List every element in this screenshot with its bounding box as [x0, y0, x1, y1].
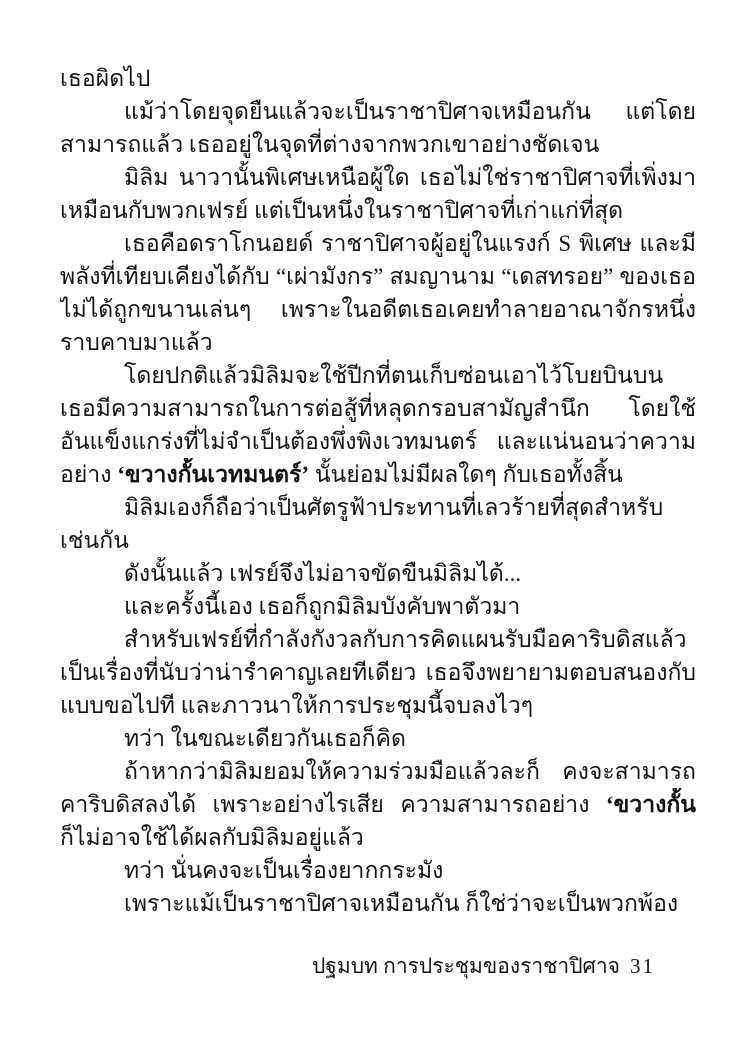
- text-segment: ทว่า ในขณะเดียวกันเธอก็คิด: [124, 726, 406, 751]
- text-line: อันแข็งแกร่งที่ไม่จำเป็นต้องพึ่งพิงเวทมน…: [60, 425, 696, 458]
- text-line: สำหรับเฟรย์ที่กำลังกังวลกับการคิดแผนรับม…: [60, 623, 696, 656]
- text-line: ก็ไม่อาจใช้ได้ผลกับมิลิมอยู่แล้ว: [60, 821, 696, 854]
- text-line: เธอคือดราโกนอยด์ ราชาปิศาจผู้อยู่ในแรงก์…: [60, 227, 696, 260]
- text-segment: มิลิม นาวานั้นพิเศษเหนือผู้ใด เธอไม่ใช่ร…: [124, 165, 696, 194]
- text-line: ดังนั้นแล้ว เฟรย์จึงไม่อาจขัดขืนมิลิมได้…: [60, 557, 696, 590]
- text-line: สามารถแล้ว เธออยู่ในจุดที่ต่างจากพวกเขาอ…: [60, 128, 696, 161]
- text-segment: ถ้าหากว่ามิลิมยอมให้ความร่วมมือแล้วละก็ …: [124, 759, 696, 788]
- text-segment: ราบคาบมาแล้ว: [60, 330, 213, 355]
- text-line: มิลิมเองก็ถือว่าเป็นศัตรูฟ้าประทานที่เลว…: [60, 491, 696, 524]
- text-segment: เป็นเรื่องที่นับว่าน่ารำคาญเลยทีเดียว เธ…: [60, 660, 696, 689]
- text-line: เป็นเรื่องที่นับว่าน่ารำคาญเลยทีเดียว เธ…: [60, 656, 696, 689]
- text-line: ราบคาบมาแล้ว: [60, 326, 696, 359]
- text-line: เช่นกัน: [60, 524, 696, 557]
- emphasized-skill-name: ‘ขวางกั้นเวทมนตร์’: [117, 462, 309, 487]
- text-line: ทว่า ในขณะเดียวกันเธอก็คิด: [60, 722, 696, 755]
- text-segment: ไม่ได้ถูกขนานเล่นๆ เพราะในอดีตเธอเคยทำลา…: [60, 297, 696, 326]
- text-segment: อย่าง: [60, 462, 117, 487]
- text-segment: และครั้งนี้เอง เธอก็ถูกมิลิมบังคับพาตัวม…: [124, 594, 520, 619]
- text-line: ไม่ได้ถูกขนานเล่นๆ เพราะในอดีตเธอเคยทำลา…: [60, 293, 696, 326]
- text-line: คาริบดิสลงได้ เพราะอย่างไรเสีย ความสามาร…: [60, 788, 696, 821]
- text-segment: เธอผิดไป: [60, 66, 150, 91]
- text-line: เธอมีความสามารถในการต่อสู้ที่หลุดกรอบสาม…: [60, 392, 696, 425]
- text-line: แบบขอไปที และภาวนาให้การประชุมนี้จบลงไวๆ: [60, 689, 696, 722]
- text-segment: แม้ว่าโดยจุดยืนแล้วจะเป็นราชาปิศาจเหมือน…: [124, 99, 696, 128]
- text-segment: เธอมีความสามารถในการต่อสู้ที่หลุดกรอบสาม…: [60, 396, 696, 425]
- text-line: แม้ว่าโดยจุดยืนแล้วจะเป็นราชาปิศาจเหมือน…: [60, 95, 696, 128]
- text-segment: มิลิมเองก็ถือว่าเป็นศัตรูฟ้าประทานที่เลว…: [124, 495, 663, 524]
- text-line: เหมือนกับพวกเฟรย์ แต่เป็นหนึ่งในราชาปิศา…: [60, 194, 696, 227]
- text-segment: เพราะแม้เป็นราชาปิศาจเหมือนกัน ก็ใช่ว่าจ…: [124, 891, 678, 920]
- book-page: เธอผิดไปแม้ว่าโดยจุดยืนแล้วจะเป็นราชาปิศ…: [0, 0, 738, 1051]
- text-line: และครั้งนี้เอง เธอก็ถูกมิลิมบังคับพาตัวม…: [60, 590, 696, 623]
- text-segment: ดังนั้นแล้ว เฟรย์จึงไม่อาจขัดขืนมิลิมได้…: [124, 561, 521, 586]
- text-segment: เช่นกัน: [60, 528, 129, 553]
- text-segment: ก็ไม่อาจใช้ได้ผลกับมิลิมอยู่แล้ว: [60, 825, 364, 850]
- text-segment: แบบขอไปที และภาวนาให้การประชุมนี้จบลงไวๆ: [60, 693, 533, 718]
- text-line: อย่าง ‘ขวางกั้นเวทมนตร์’ นั้นย่อมไม่มีผล…: [60, 458, 696, 491]
- page-number: 31: [630, 954, 655, 978]
- text-segment: สามารถแล้ว เธออยู่ในจุดที่ต่างจากพวกเขาอ…: [60, 132, 599, 157]
- text-segment: สำหรับเฟรย์ที่กำลังกังวลกับการคิดแผนรับม…: [124, 627, 687, 656]
- text-line: โดยปกติแล้วมิลิมจะใช้ปีกที่ตนเก็บซ่อนเอา…: [60, 359, 696, 392]
- body-text: เธอผิดไปแม้ว่าโดยจุดยืนแล้วจะเป็นราชาปิศ…: [60, 62, 696, 920]
- text-segment: เธอคือดราโกนอยด์ ราชาปิศาจผู้อยู่ในแรงก์…: [124, 231, 696, 256]
- text-line: เพราะแม้เป็นราชาปิศาจเหมือนกัน ก็ใช่ว่าจ…: [60, 887, 696, 920]
- text-segment: คาริบดิสลงได้ เพราะอย่างไรเสีย ความสามาร…: [60, 792, 606, 817]
- text-line: ถ้าหากว่ามิลิมยอมให้ความร่วมมือแล้วละก็ …: [60, 755, 696, 788]
- text-line: พลังที่เทียบเคียงได้กับ “เผ่ามังกร” สมญา…: [60, 260, 696, 293]
- text-segment: เหมือนกับพวกเฟรย์ แต่เป็นหนึ่งในราชาปิศา…: [60, 198, 623, 223]
- text-line: มิลิม นาวานั้นพิเศษเหนือผู้ใด เธอไม่ใช่ร…: [60, 161, 696, 194]
- chapter-title: ปฐมบท การประชุมของราชาปิศาจ: [312, 954, 620, 978]
- page-footer: ปฐมบท การประชุมของราชาปิศาจ31: [312, 951, 655, 981]
- text-segment: โดยปกติแล้วมิลิมจะใช้ปีกที่ตนเก็บซ่อนเอา…: [124, 363, 663, 392]
- text-segment: ทว่า นั่นคงจะเป็นเรื่องยากกระมัง: [124, 858, 443, 883]
- text-line: ทว่า นั่นคงจะเป็นเรื่องยากกระมัง: [60, 854, 696, 887]
- text-segment: พลังที่เทียบเคียงได้กับ “เผ่ามังกร” สมญา…: [60, 264, 696, 293]
- text-segment: อันแข็งแกร่งที่ไม่จำเป็นต้องพึ่งพิงเวทมน…: [60, 429, 696, 458]
- text-segment: นั้นย่อมไม่มีผลใดๆ กับเธอทั้งสิ้น: [309, 462, 623, 487]
- text-line: เธอผิดไป: [60, 62, 696, 95]
